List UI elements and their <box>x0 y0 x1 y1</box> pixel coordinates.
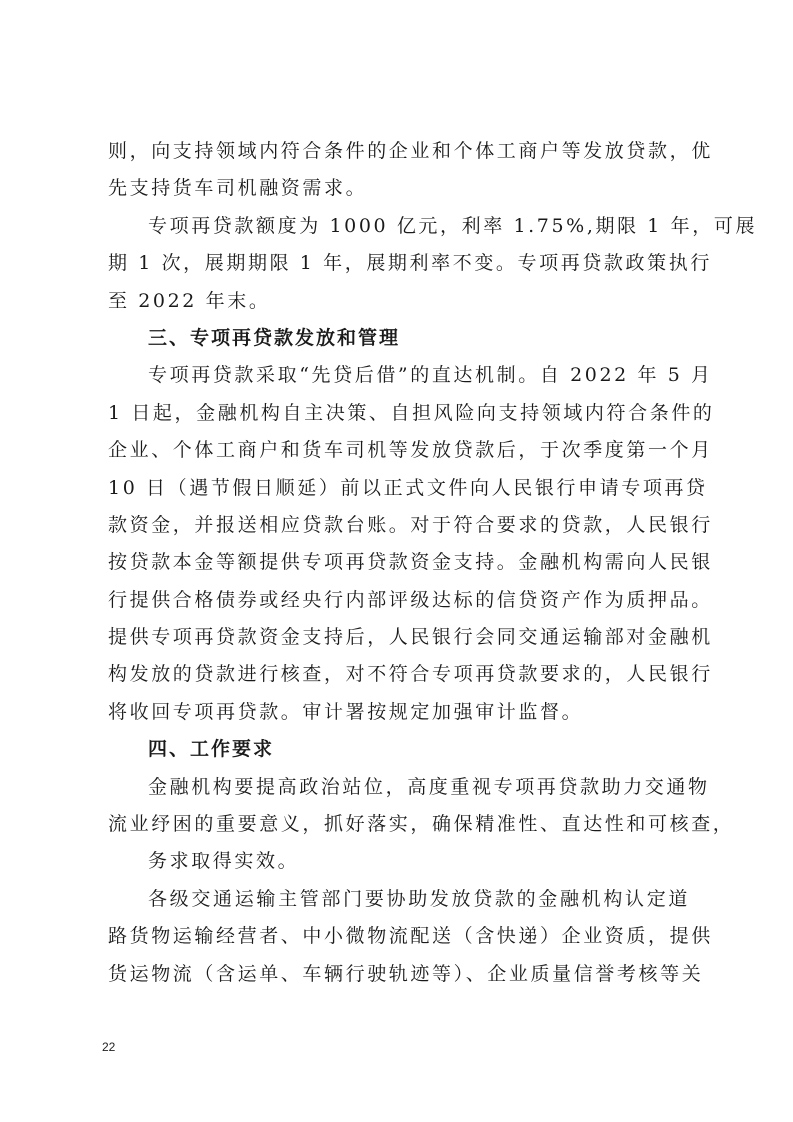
document-body: 则，向支持领域内符合条件的企业和个体工商户等发放贷款，优 先支持货车司机融资需求… <box>108 133 690 993</box>
section-heading: 四、工作要求 <box>108 731 690 768</box>
body-line: 至 2022 年末。 <box>108 283 690 320</box>
document-page: 则，向支持领域内符合条件的企业和个体工商户等发放贷款，优 先支持货车司机融资需求… <box>0 0 793 1122</box>
body-line: 1 日起，金融机构自主决策、自担风险向支持领域内符合条件的 <box>108 395 690 432</box>
body-line: 各级交通运输主管部门要协助发放贷款的金融机构认定道 <box>108 881 690 918</box>
body-line: 则，向支持领域内符合条件的企业和个体工商户等发放贷款，优 <box>108 133 690 170</box>
body-line: 10 日（遇节假日顺延）前以正式文件向人民银行申请专项再贷 <box>108 470 690 507</box>
body-line: 务求取得实效。 <box>108 843 690 880</box>
body-line: 货运物流（含运单、车辆行驶轨迹等）、企业质量信誉考核等关 <box>108 956 690 993</box>
body-line: 专项再贷款额度为 1000 亿元，利率 1.75%,期限 1 年，可展 <box>108 208 690 245</box>
body-line: 专项再贷款采取“先贷后借”的直达机制。自 2022 年 5 月 <box>108 357 690 394</box>
body-line: 先支持货车司机融资需求。 <box>108 170 690 207</box>
section-heading: 三、专项再贷款发放和管理 <box>108 320 690 357</box>
body-line: 企业、个体工商户和货车司机等发放贷款后，于次季度第一个月 <box>108 432 690 469</box>
body-line: 构发放的贷款进行核查，对不符合专项再贷款要求的，人民银行 <box>108 656 690 693</box>
page-number: 22 <box>102 1040 115 1054</box>
body-line: 路货物运输经营者、中小微物流配送（含快递）企业资质，提供 <box>108 918 690 955</box>
body-line: 款资金，并报送相应贷款台账。对于符合要求的贷款，人民银行 <box>108 507 690 544</box>
body-line: 金融机构要提高政治站位，高度重视专项再贷款助力交通物 <box>108 769 690 806</box>
body-line: 提供专项再贷款资金支持后，人民银行会同交通运输部对金融机 <box>108 619 690 656</box>
body-line: 将收回专项再贷款。审计署按规定加强审计监督。 <box>108 694 690 731</box>
body-line: 按贷款本金等额提供专项再贷款资金支持。金融机构需向人民银 <box>108 544 690 581</box>
body-line: 期 1 次，展期期限 1 年，展期利率不变。专项再贷款政策执行 <box>108 245 690 282</box>
body-line: 流业纾困的重要意义，抓好落实，确保精准性、直达性和可核查， <box>108 806 690 843</box>
body-line: 行提供合格债券或经央行内部评级达标的信贷资产作为质押品。 <box>108 582 690 619</box>
